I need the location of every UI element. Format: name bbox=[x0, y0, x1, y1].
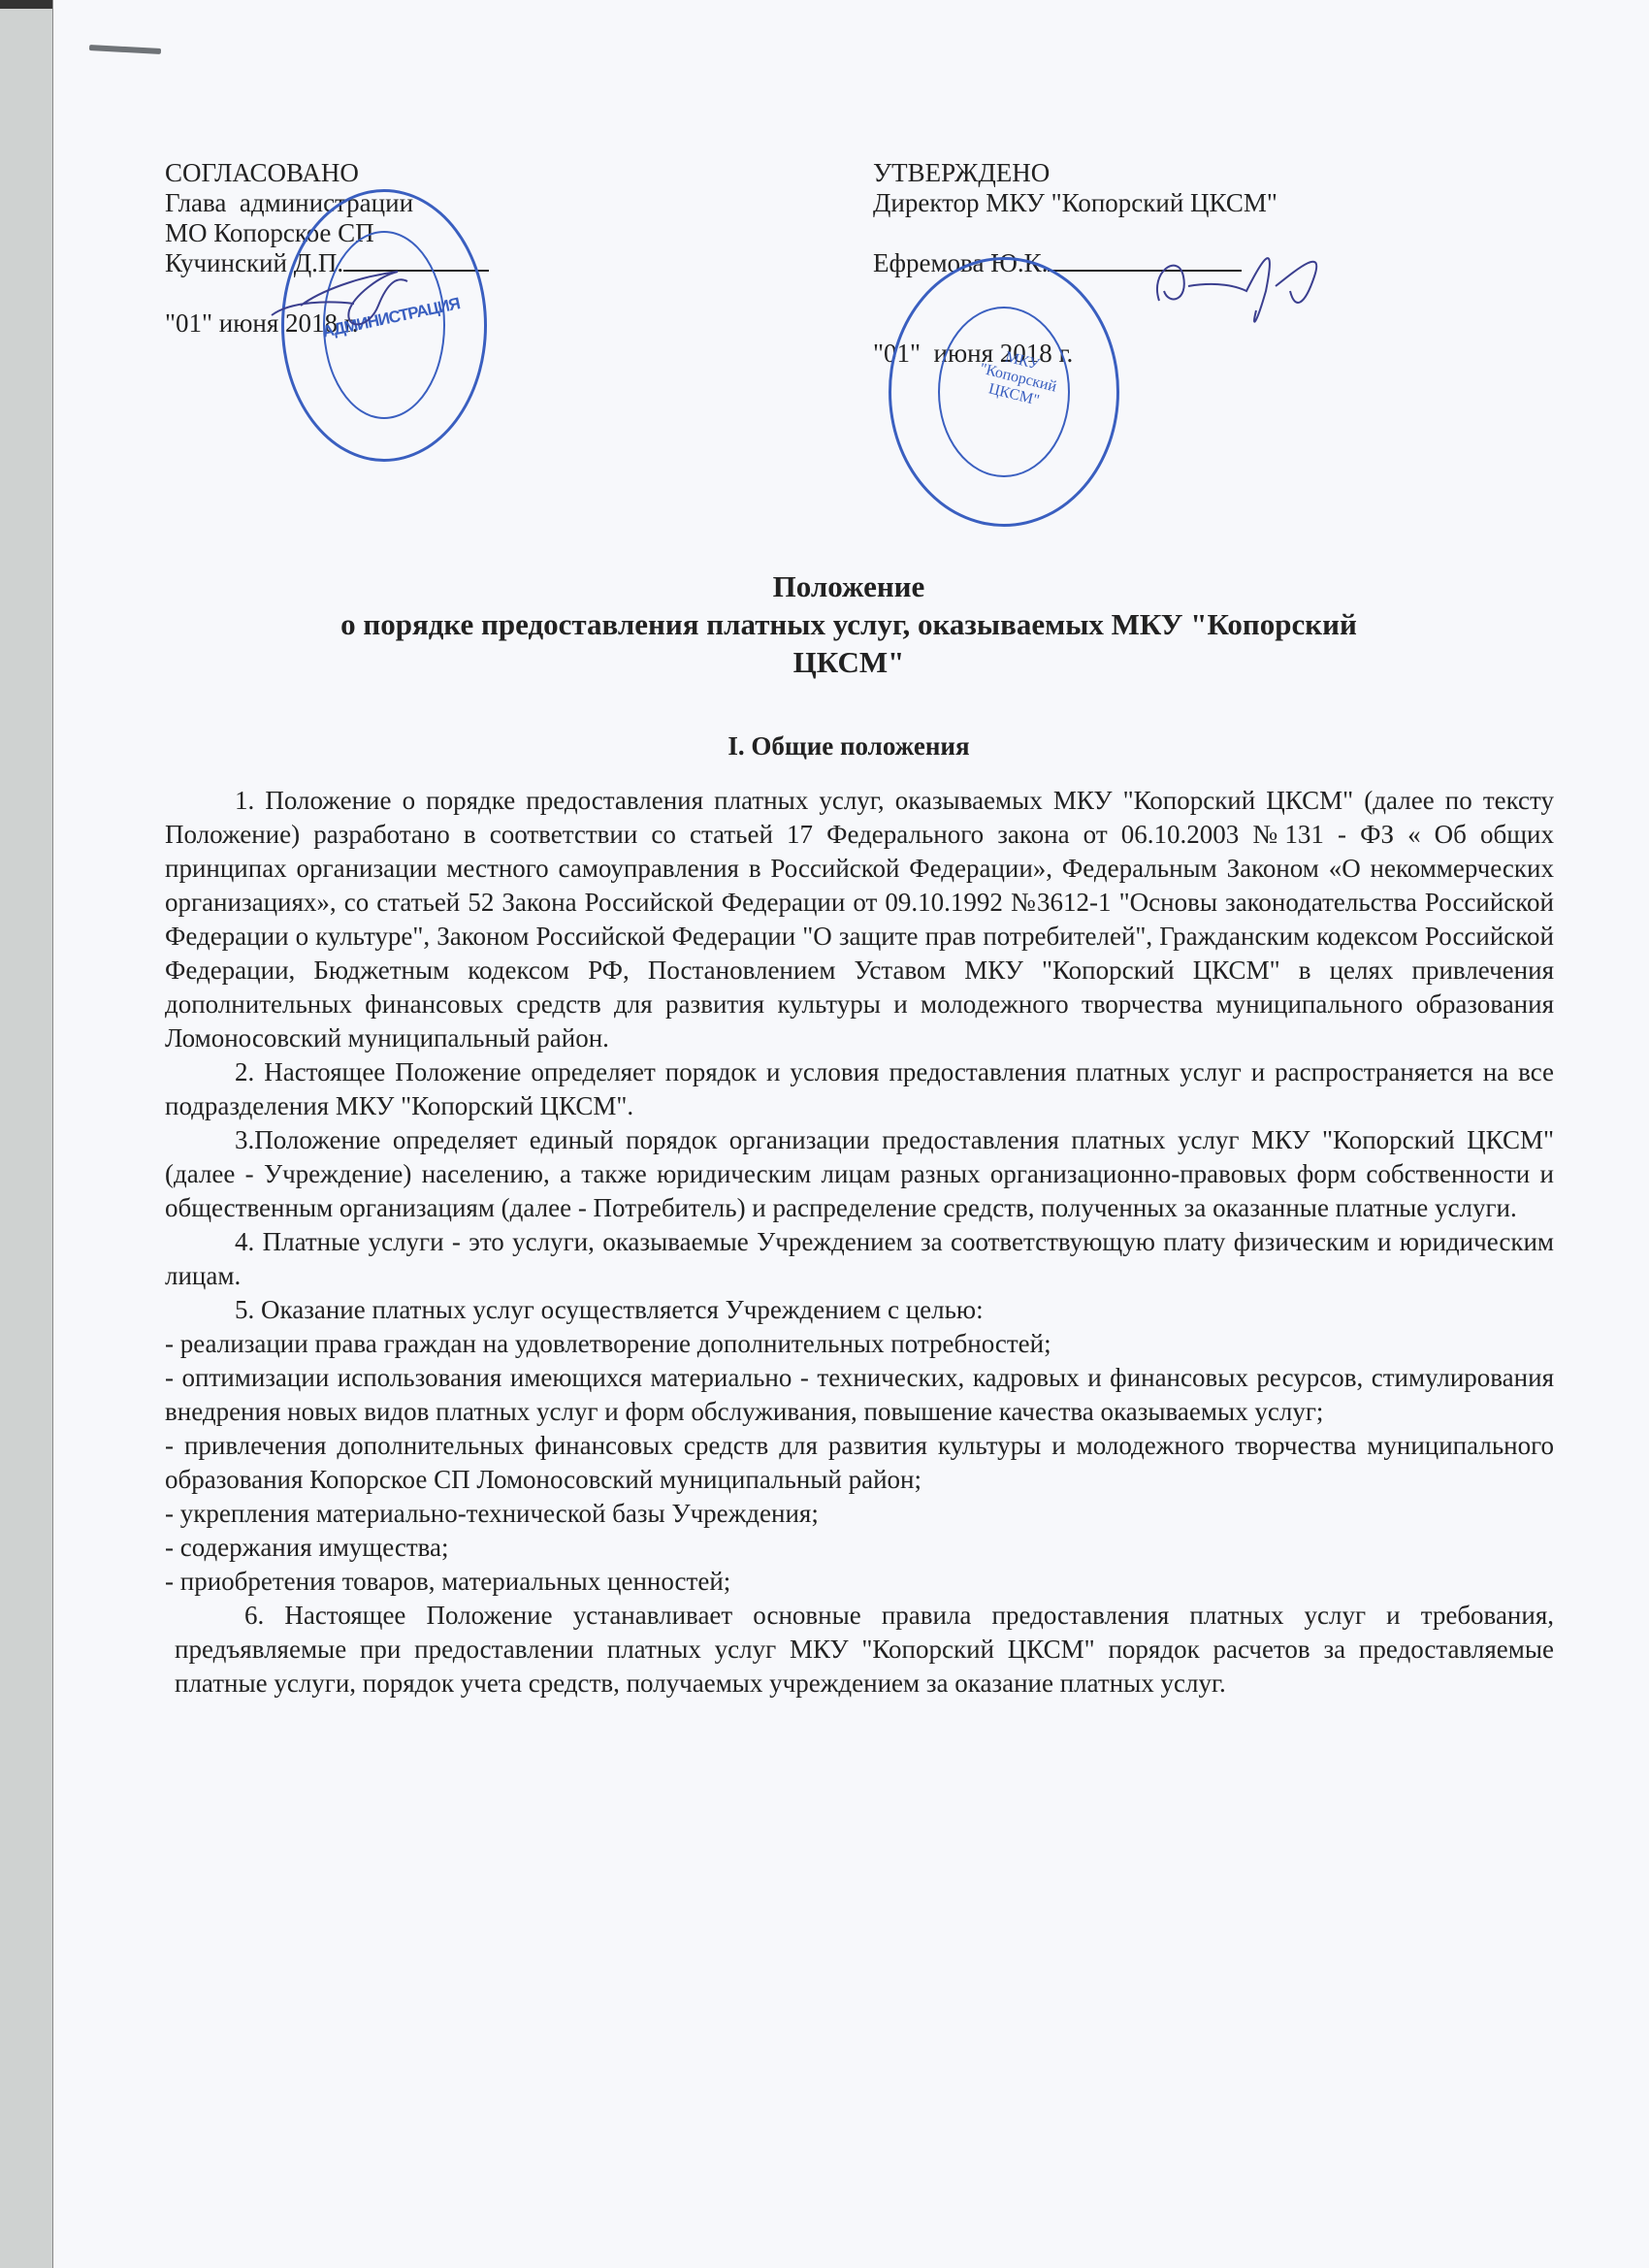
approver-position: Директор МКУ "Копорский ЦКСМ" bbox=[873, 188, 1277, 218]
stamp-mku: МКУ "Копорский ЦКСМ" bbox=[889, 257, 1119, 527]
approval-heading: УТВЕРЖДЕНО bbox=[873, 158, 1277, 188]
signature-right bbox=[1130, 233, 1363, 349]
title-line: о порядке предоставления платных услуг, … bbox=[145, 605, 1552, 643]
approval-heading: СОГЛАСОВАНО bbox=[165, 158, 489, 188]
section-heading: I. Общие положения bbox=[145, 728, 1552, 765]
bullet-item: - укрепления материально-технической баз… bbox=[165, 1497, 1554, 1531]
paragraph-4: 4. Платные услуги - это услуги, оказывае… bbox=[165, 1225, 1554, 1293]
document-body: 1. Положение о порядке предоставления пл… bbox=[165, 784, 1554, 1701]
paragraph-1: 1. Положение о порядке предоставления пл… bbox=[165, 784, 1554, 1055]
signature-left bbox=[262, 238, 436, 344]
bullet-item: - содержания имущества; bbox=[165, 1531, 1554, 1565]
bullet-item: - привлечения дополнительных финансовых … bbox=[165, 1429, 1554, 1497]
paragraph-5: 5. Оказание платных услуг осуществляется… bbox=[165, 1293, 1554, 1327]
paragraph-2: 2. Настоящее Положение определяет порядо… bbox=[165, 1055, 1554, 1123]
paragraph-3: 3.Положение определяет единый порядок ор… bbox=[165, 1123, 1554, 1225]
bullet-item: - оптимизации использования имеющихся ма… bbox=[165, 1361, 1554, 1429]
document-page: СОГЛАСОВАНО Глава администрации МО Копор… bbox=[0, 0, 1649, 2268]
bullet-item: - приобретения товаров, материальных цен… bbox=[165, 1565, 1554, 1599]
title-line: Положение bbox=[145, 567, 1552, 605]
paragraph-6: 6. Настоящее Положение устанавливает осн… bbox=[165, 1599, 1554, 1701]
bullet-item: - реализации права граждан на удовлетвор… bbox=[165, 1327, 1554, 1361]
document-title: Положение о порядке предоставления платн… bbox=[145, 567, 1552, 681]
title-line: ЦКСМ" bbox=[145, 643, 1552, 681]
